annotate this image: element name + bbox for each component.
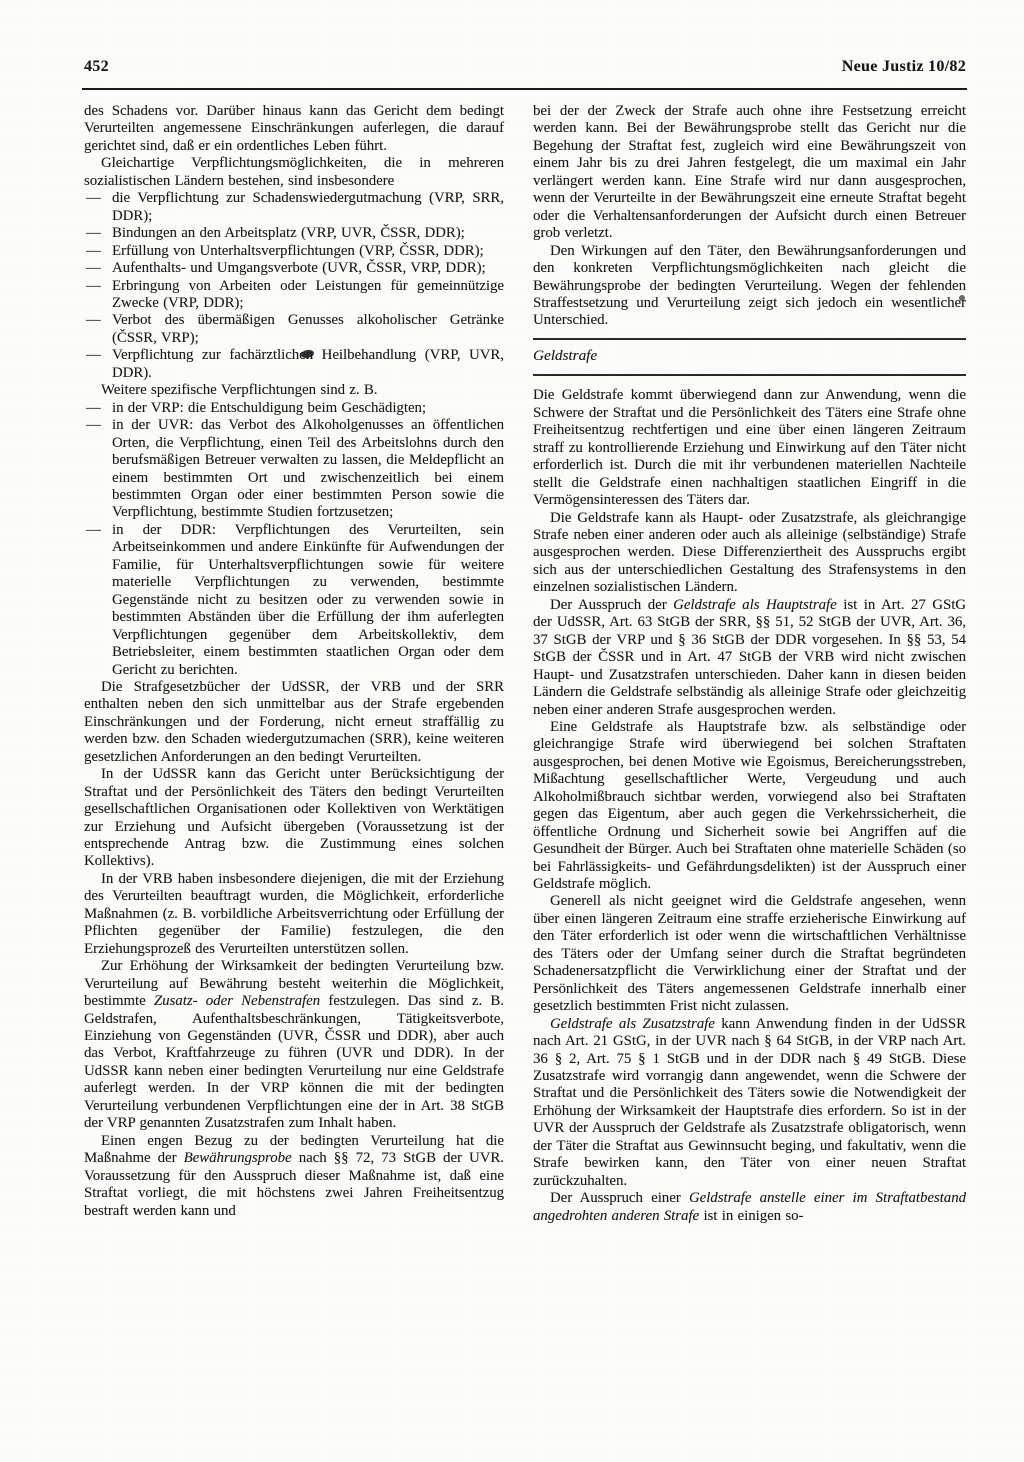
paragraph: Geldstrafe als Zusatzstrafe kann Anwendu… — [533, 1016, 966, 1191]
text-run: ist in Art. 27 GStG der UdSSR, Art. 63 S… — [533, 597, 966, 718]
paragraph: Weitere spezifische Verpflichtungen sind… — [84, 382, 504, 399]
list-item: —Aufenthalts- und Umgangsverbote (UVR, Č… — [84, 260, 504, 277]
paragraph: Der Ausspruch der Geldstrafe als Hauptst… — [533, 597, 966, 719]
text-run: Aufenthalts- und Umgangsverbote (UVR, ČS… — [112, 260, 486, 276]
paragraph: Den Wirkungen auf den Täter, den Bewähru… — [533, 243, 966, 330]
text-run: bei der der Zweck der Strafe auch ohne i… — [533, 103, 966, 241]
scanned-page: 452 Neue Justiz 10/82 des Schadens vor. … — [0, 0, 1024, 1462]
italic-text: Geldstrafe — [533, 347, 597, 364]
text-run: In der VRB haben insbesondere diejenigen… — [84, 871, 504, 957]
text-run: in der UVR: das Verbot des Alkoholgenuss… — [112, 417, 504, 520]
dash-bullet: — — [86, 312, 101, 329]
text-run: In der UdSSR kann das Gericht unter Berü… — [84, 766, 504, 869]
paragraph: Einen engen Bezug zu der bedingten Verur… — [84, 1133, 504, 1220]
text-run: Erfüllung von Unterhaltsverpflichtungen … — [112, 243, 484, 259]
dash-bullet: — — [86, 522, 101, 539]
text-run: in der VRP: die Entschuldigung beim Gesc… — [112, 400, 426, 416]
paragraph: des Schadens vor. Darüber hinaus kann da… — [84, 103, 504, 155]
text-run: Generell als nicht geeignet wird die Gel… — [533, 893, 966, 1014]
italic-text: Zusatz- oder Nebenstrafen — [154, 993, 320, 1009]
dash-bullet: — — [86, 347, 101, 364]
page-header: 452 Neue Justiz 10/82 — [84, 58, 966, 76]
dash-bullet: — — [86, 225, 101, 242]
text-run: die Verpflichtung zur Schadenswiedergutm… — [112, 190, 504, 223]
header-rule — [82, 88, 967, 90]
dash-bullet: — — [86, 190, 101, 207]
paragraph: Die Geldstrafe kommt überwiegend dann zu… — [533, 387, 966, 509]
page-number: 452 — [84, 58, 109, 76]
paragraph: Eine Geldstrafe als Hauptstrafe bzw. als… — [533, 719, 966, 894]
ink-smudge — [959, 295, 965, 301]
text-run: Eine Geldstrafe als Hauptstrafe bzw. als… — [533, 719, 966, 892]
paragraph: Die Strafgesetzbücher der UdSSR, der VRB… — [84, 679, 504, 766]
dash-bullet: — — [86, 243, 101, 260]
italic-text: Bewährungsprobe — [184, 1150, 292, 1166]
list-item: —Erfüllung von Unterhaltsverpflichtungen… — [84, 243, 504, 260]
section-heading: Geldstrafe — [533, 338, 966, 376]
dash-bullet: — — [86, 278, 101, 295]
journal-title: Neue Justiz 10/82 — [842, 58, 966, 76]
text-run: kann Anwendung finden in der UdSSR nach … — [533, 1016, 966, 1189]
left-column: des Schadens vor. Darüber hinaus kann da… — [84, 103, 504, 1220]
paragraph: Die Geldstrafe kann als Haupt- oder Zusa… — [533, 510, 966, 597]
list-item: —die Verpflichtung zur Schadenswiedergut… — [84, 190, 504, 225]
text-run: Die Geldstrafe kommt überwiegend dann zu… — [533, 387, 966, 508]
list-item: —Erbringung von Arbeiten oder Leistungen… — [84, 278, 504, 313]
paragraph: In der UdSSR kann das Gericht unter Berü… — [84, 766, 504, 871]
text-run: ist in einigen so- — [699, 1208, 803, 1224]
dash-bullet: — — [86, 417, 101, 434]
paragraph: bei der der Zweck der Strafe auch ohne i… — [533, 103, 966, 243]
italic-text: Geldstrafe als Zusatzstrafe — [550, 1016, 715, 1032]
text-run: Erbringung von Arbeiten oder Leistungen … — [112, 278, 504, 311]
list-item: —in der DDR: Verpflichtungen des Verurte… — [84, 522, 504, 679]
text-run: Die Geldstrafe kann als Haupt- oder Zusa… — [533, 510, 966, 596]
text-run: Gleichartige Verpflichtungsmöglichkeiten… — [84, 155, 504, 188]
list-item: —Verpflichtung zur fachärztlichen Heilbe… — [84, 347, 504, 382]
right-column: bei der der Zweck der Strafe auch ohne i… — [533, 103, 966, 1225]
list-item: —Verbot des übermäßigen Genusses alkohol… — [84, 312, 504, 347]
paragraph: In der VRB haben insbesondere diejenigen… — [84, 871, 504, 958]
paragraph: Zur Erhöhung der Wirksamkeit der bedingt… — [84, 958, 504, 1133]
text-run: Verbot des übermäßigen Genusses alkoholi… — [112, 312, 504, 345]
dash-bullet: — — [86, 400, 101, 417]
italic-text: Geldstrafe als Hauptstrafe — [673, 597, 837, 613]
text-run: des Schadens vor. Darüber hinaus kann da… — [84, 103, 504, 154]
paragraph: Der Ausspruch einer Geldstrafe anstelle … — [533, 1190, 966, 1225]
text-run: Den Wirkungen auf den Täter, den Bewähru… — [533, 243, 966, 329]
text-run: in der DDR: Verpflichtungen des Verurtei… — [112, 522, 504, 678]
list-item: —Bindungen an den Arbeitsplatz (VRP, UVR… — [84, 225, 504, 242]
dash-bullet: — — [86, 260, 101, 277]
text-run: Bindungen an den Arbeitsplatz (VRP, UVR,… — [112, 225, 465, 241]
text-run: Die Strafgesetzbücher der UdSSR, der VRB… — [84, 679, 504, 765]
text-run: Weitere spezifische Verpflichtungen sind… — [101, 382, 377, 398]
paragraph: Gleichartige Verpflichtungsmöglichkeiten… — [84, 155, 504, 190]
text-run: festzulegen. Das sind z. B. Geldstrafen,… — [84, 993, 504, 1131]
text-run: Der Ausspruch der — [550, 597, 673, 613]
paragraph: Generell als nicht geeignet wird die Gel… — [533, 893, 966, 1015]
list-item: —in der UVR: das Verbot des Alkoholgenus… — [84, 417, 504, 522]
text-run: Der Ausspruch einer — [550, 1190, 689, 1206]
list-item: —in der VRP: die Entschuldigung beim Ges… — [84, 400, 504, 417]
